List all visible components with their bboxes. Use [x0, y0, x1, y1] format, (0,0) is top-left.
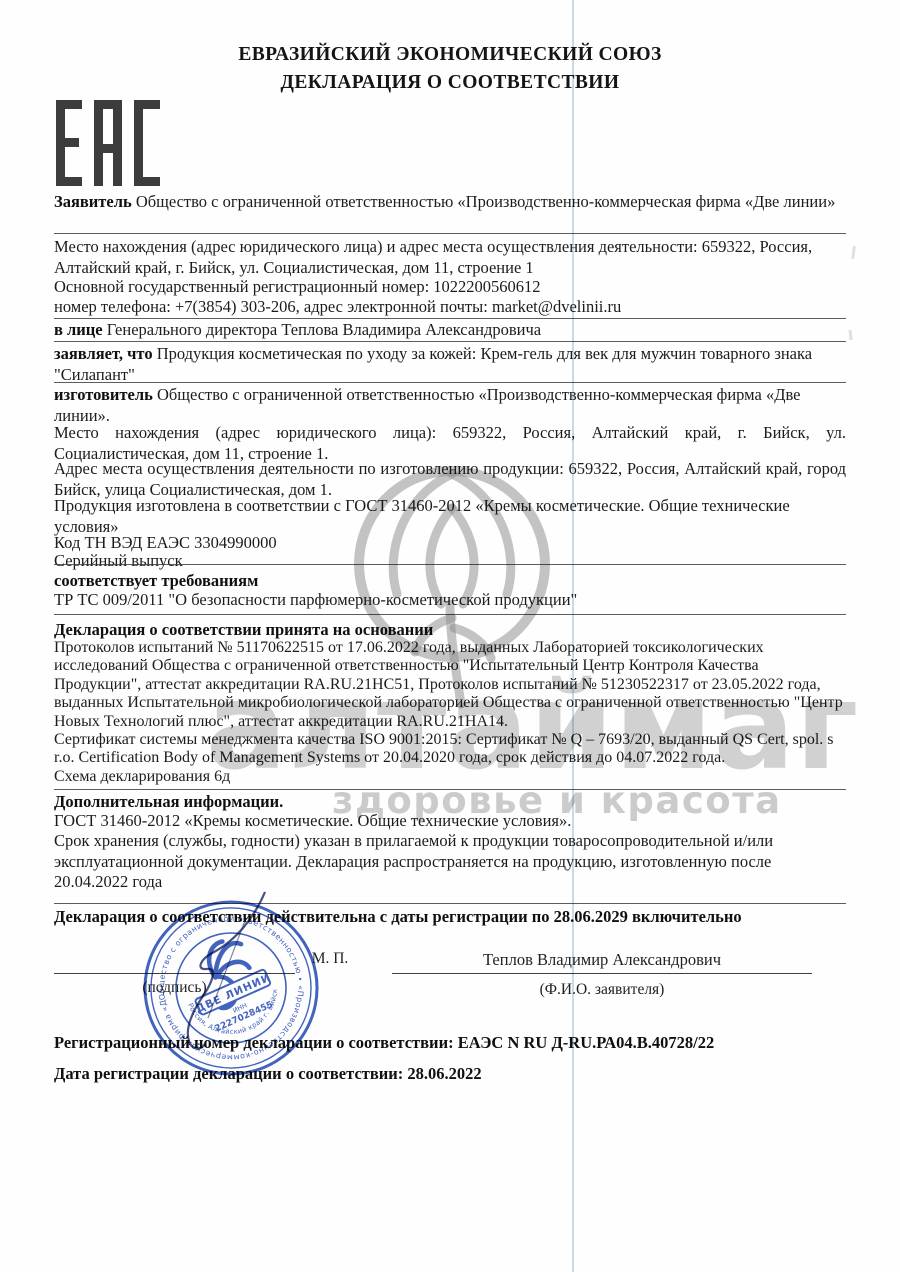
divider [54, 318, 846, 319]
scan-speck [848, 330, 852, 340]
page-title-line2: ДЕКЛАРАЦИЯ О СООТВЕТСТВИИ [0, 72, 900, 94]
para-address-legal: Место нахождения (адрес юридического лиц… [54, 237, 846, 278]
para-declaration-scheme: Схема декларирования 6д [54, 768, 846, 786]
eac-logo-icon [56, 100, 160, 186]
handwritten-signature [150, 878, 330, 1063]
fio-caption: (Ф.И.О. заявителя) [392, 981, 812, 999]
registration-date-value: 28.06.2022 [407, 1064, 481, 1083]
manufacturer-text: Общество с ограниченной ответственностью… [54, 385, 800, 425]
para-additional-gost: ГОСТ 31460-2012 «Кремы косметические. Об… [54, 811, 846, 832]
para-manufacturer: изготовитель Общество с ограниченной отв… [54, 385, 846, 426]
manufacturer-label: изготовитель [54, 385, 153, 404]
registration-number-value: ЕАЭС N RU Д-RU.РА04.В.40728/22 [458, 1033, 715, 1052]
divider [54, 789, 846, 790]
applicant-fio: Теплов Владимир Александрович [392, 950, 812, 970]
in-person-label: в лице [54, 320, 103, 339]
divider [54, 233, 846, 234]
scan-speck [851, 246, 856, 259]
divider [54, 341, 846, 342]
declares-label: заявляет, что [54, 344, 153, 363]
fio-line [392, 973, 812, 974]
para-in-person: в лице Генерального директора Теплова Вл… [54, 320, 846, 341]
para-declares: заявляет, что Продукция косметическая по… [54, 344, 846, 385]
divider [54, 382, 846, 383]
applicant-text: Общество с ограниченной ответственностью… [136, 192, 835, 211]
declares-text: Продукция косметическая по уходу за коже… [54, 344, 812, 384]
para-ogrn: Основной государственный регистрационный… [54, 277, 846, 298]
additional-info-heading: Дополнительная информации. [54, 792, 846, 813]
para-iso-certificate: Сертификат системы менеджмента качества … [54, 731, 846, 768]
applicant-label: Заявитель [54, 192, 132, 211]
in-person-text: Генерального директора Теплова Владимира… [107, 320, 541, 339]
para-phone-email: номер телефона: +7(3854) 303-206, адрес … [54, 297, 846, 318]
para-applicant: Заявитель Общество с ограниченной ответс… [54, 192, 846, 213]
page-title-line1: ЕВРАЗИЙСКИЙ ЭКОНОМИЧЕСКИЙ СОЮЗ [0, 44, 900, 66]
watermark-flower-icon [335, 452, 575, 720]
